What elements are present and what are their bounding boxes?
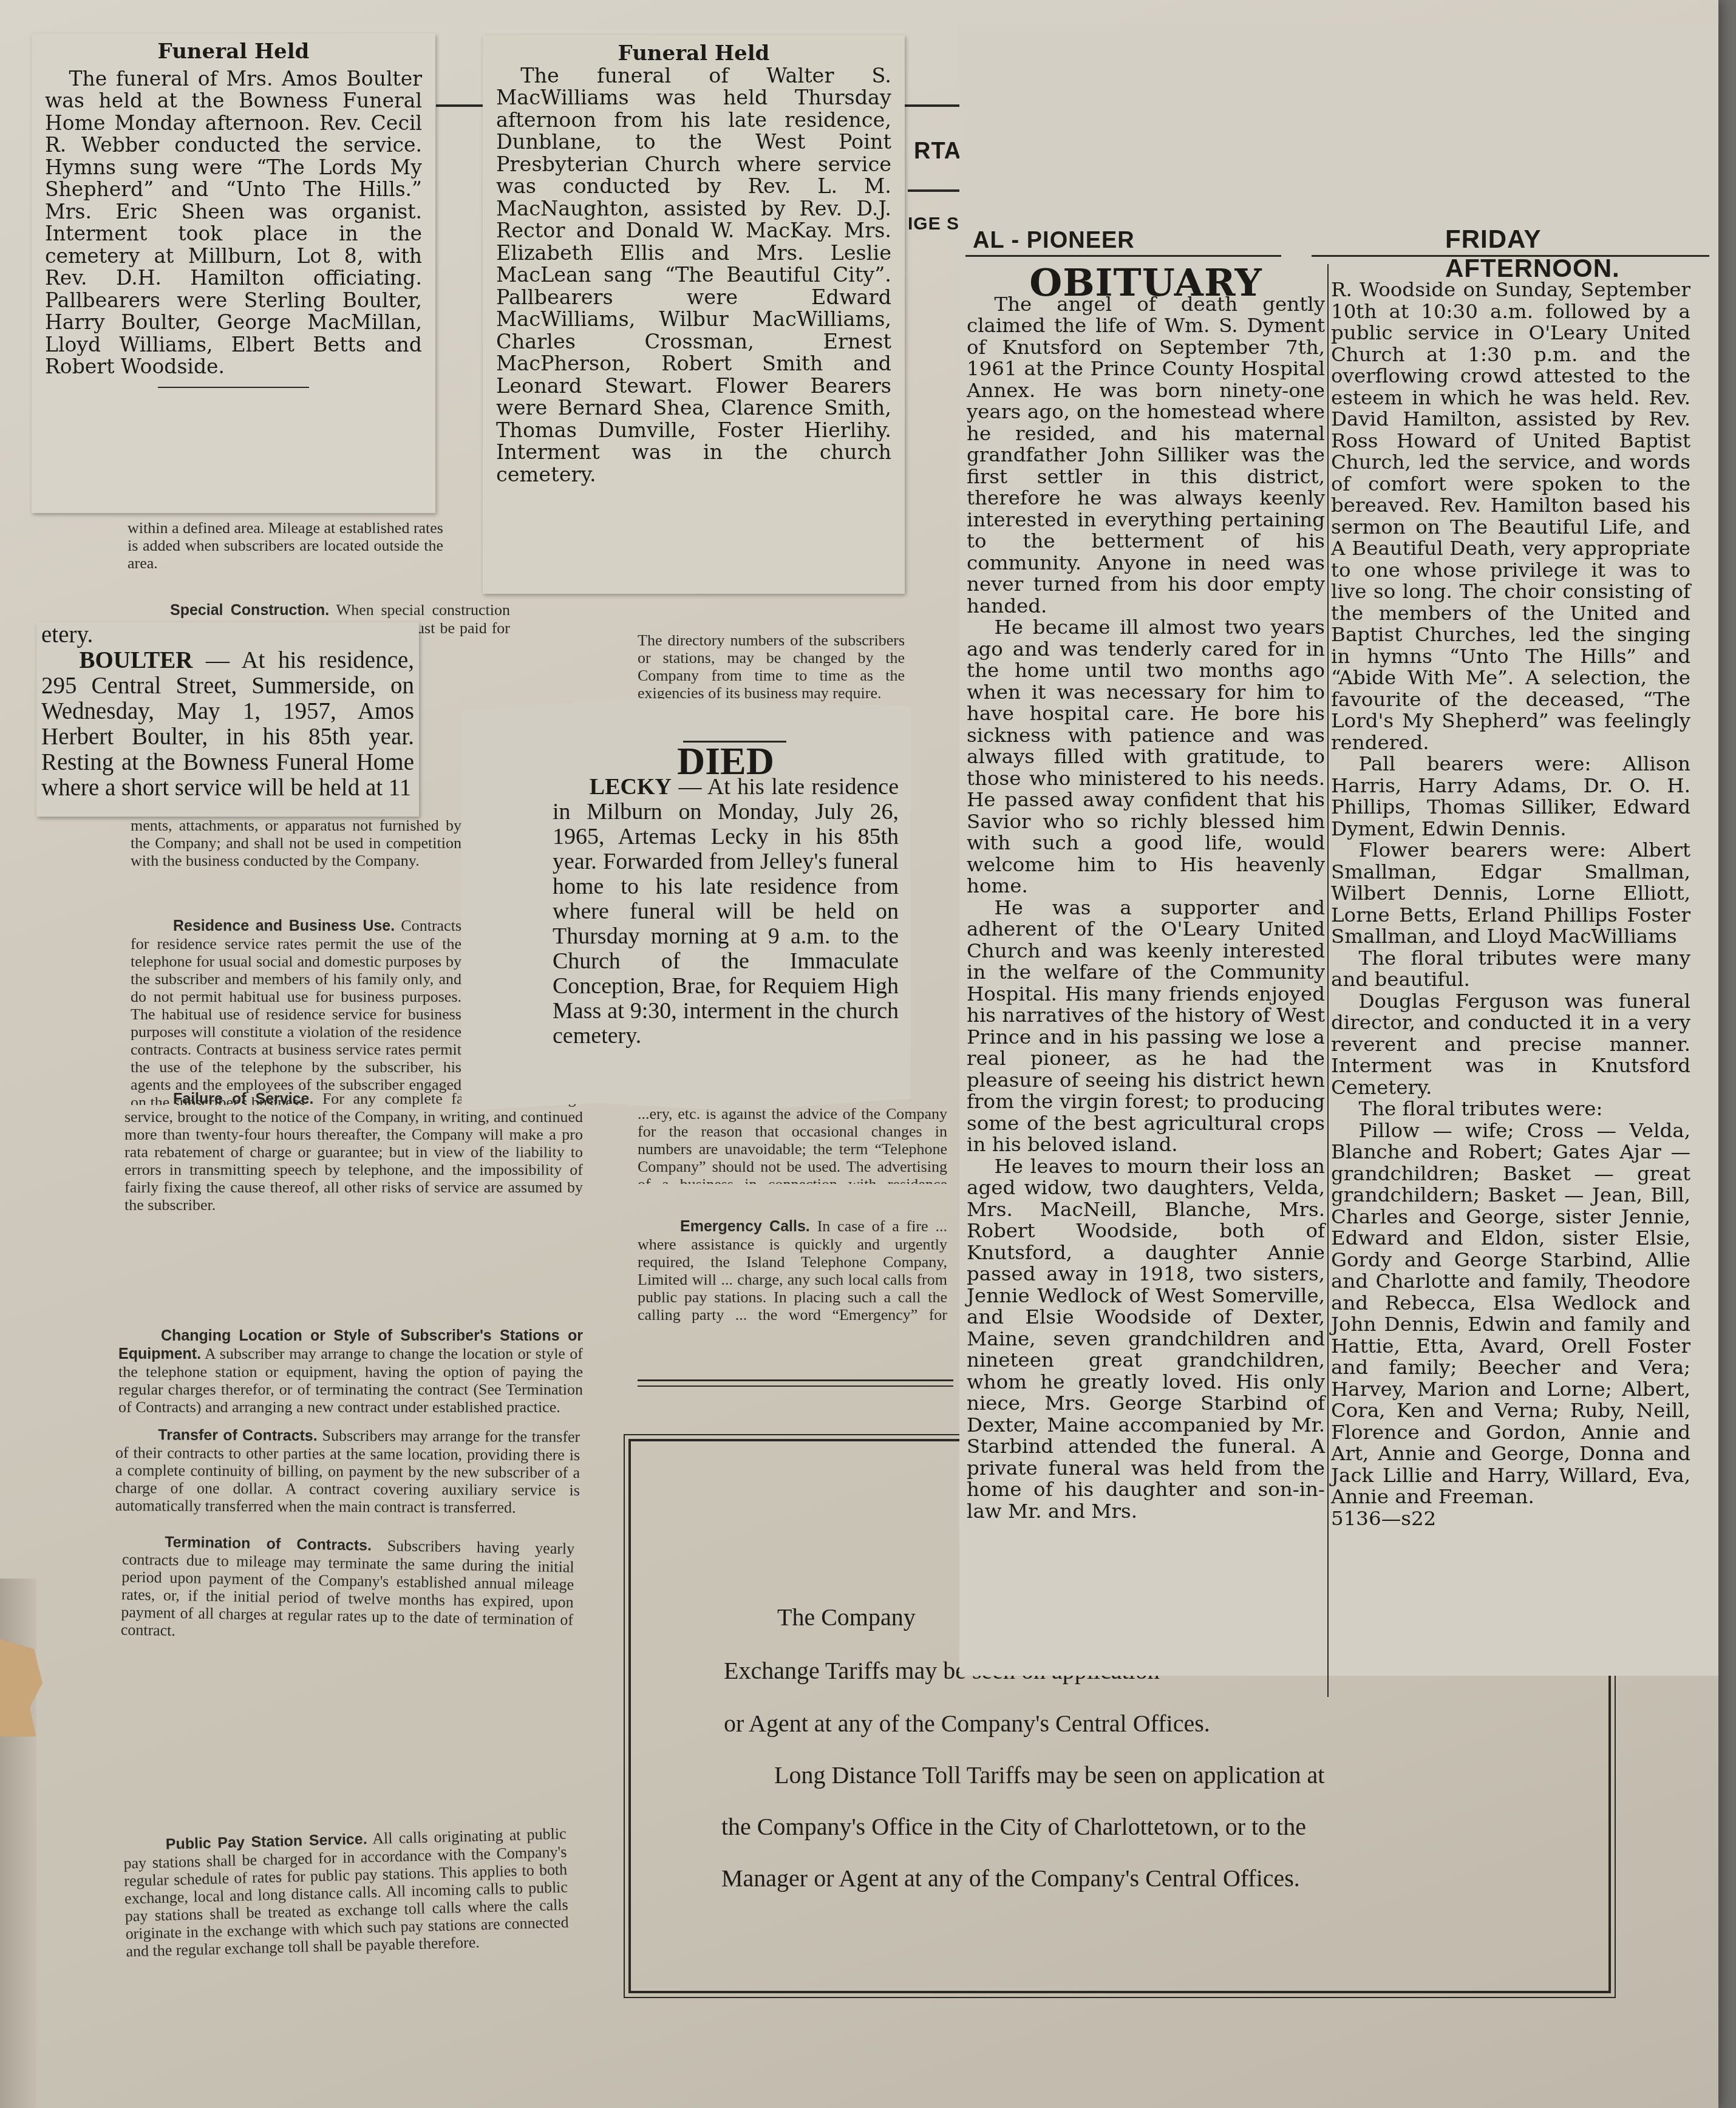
section-title: Residence and Business Use. <box>173 917 395 934</box>
obituary-paragraph: He became ill almost two years ago and w… <box>967 617 1325 897</box>
section-title: Failure of Service. <box>173 1090 313 1107</box>
divider-rule <box>638 1379 953 1381</box>
deceased-name: LECKY <box>590 774 672 800</box>
mileage-fragment: within a defined area. Mileage at establ… <box>128 519 443 572</box>
obituary-column-right: R. Woodside on Sunday, September 10th at… <box>1331 279 1690 1529</box>
obituary-paragraph: Flower bearers were: Albert Smallman, Ed… <box>1331 840 1690 948</box>
deceased-name: BOULTER <box>79 647 192 673</box>
clipping-heading: Funeral Held <box>496 42 891 65</box>
tariff-section-termination: Termination of Contracts. Subscribers ha… <box>121 1532 575 1647</box>
notice-line-4: Long Distance Toll Tariffs may be seen o… <box>774 1761 1324 1789</box>
clipping-heading: Funeral Held <box>45 41 422 63</box>
section-title: Emergency Calls. <box>680 1218 810 1235</box>
clipping-body: The funeral of Walter S. MacWilliams was… <box>496 65 891 486</box>
masthead-rule <box>1312 255 1709 257</box>
section-title: Special Construction. <box>170 602 329 619</box>
clipping-heading: DIED <box>553 749 899 773</box>
section-text: For any complete failure of exchange ser… <box>124 1090 583 1214</box>
clipping-lead: etery. <box>41 622 414 648</box>
section-title: Transfer of Contracts. <box>158 1426 318 1444</box>
tariff-section-public-pay: Public Pay Station Service. All calls or… <box>123 1824 569 1960</box>
obituary-paragraph: Pall bearers were: Allison Harris, Harry… <box>1331 753 1690 840</box>
newspaper-name: AL - PIONEER <box>973 228 1135 254</box>
obituary-paragraph: He leaves to mourn their loss an aged wi… <box>967 1156 1325 1523</box>
clipping-lecky-died: DIED LECKY — At his late residence in Mi… <box>461 698 911 1111</box>
clipping-dyment-obituary: AL - PIONEER FRIDAY AFTERNOON. OBITUARY … <box>959 24 1718 1676</box>
clipping-boulter-funeral: Funeral Held The funeral of Mrs. Amos Bo… <box>32 33 435 513</box>
obituary-reference-number: 5136—s22 <box>1331 1508 1690 1530</box>
section-title: Termination of Contracts. <box>165 1534 372 1554</box>
obituary-paragraph: He was a supporter and adherent of the O… <box>967 897 1325 1156</box>
divider-rule <box>638 1385 953 1387</box>
notice-line-1: The Company <box>777 1603 916 1631</box>
listing-fragment: ...ery, etc. is against the advice of th… <box>638 1105 947 1184</box>
directory-fragment: The directory numbers of the subscribers… <box>638 631 905 702</box>
obituary-heading: OBITUARY <box>967 272 1325 294</box>
obituary-paragraph: Douglas Ferguson was funeral director, a… <box>1331 991 1690 1099</box>
obituary-column-left: OBITUARY The angel of death gently claim… <box>967 267 1325 1522</box>
obituary-paragraph: R. Woodside on Sunday, September 10th at… <box>1331 279 1690 753</box>
tariff-section-failure: Failure of Service. For any complete fai… <box>124 1090 583 1214</box>
notice-line-5: the Company's Office in the City of Char… <box>721 1812 1306 1841</box>
obituary-paragraph: The floral tributes were many and beauti… <box>1331 948 1690 991</box>
notice-line-6: Manager or Agent at any of the Company's… <box>721 1864 1300 1892</box>
tariff-section-residence: Residence and Business Use. Contracts fo… <box>131 917 461 1105</box>
notice-line-3: or Agent at any of the Company's Central… <box>724 1709 1210 1738</box>
column-divider <box>1327 264 1329 1697</box>
clipping-body: — At his late residence in Milburn on Mo… <box>553 774 899 1049</box>
issue-day: FRIDAY AFTERNOON. <box>1445 225 1718 283</box>
emergency-calls-section: Emergency Calls. In case of a fire ... w… <box>638 1217 947 1324</box>
tariff-section-transfer: Transfer of Contracts. Subscribers may a… <box>115 1426 580 1517</box>
clipping-rule <box>158 387 308 388</box>
clipping-body: The funeral of Mrs. Amos Boulter was hel… <box>45 68 422 378</box>
obituary-paragraph: The floral tributes were: <box>1331 1098 1690 1120</box>
tariff-section-changing-location: Changing Location or Style of Subscriber… <box>118 1327 583 1416</box>
obituary-paragraph: Pillow — wife; Cross — Velda, Blanche an… <box>1331 1120 1690 1508</box>
scrapbook-page: RTAI IGE SE within a defined area. Milea… <box>0 0 1718 2108</box>
section-text: Contracts for residence service rates pe… <box>131 917 461 1105</box>
clipping-macwilliams-funeral: Funeral Held The funeral of Walter S. Ma… <box>483 35 905 594</box>
obituary-paragraph: The angel of death gently claimed the li… <box>967 294 1325 617</box>
masthead-rule <box>965 255 1281 257</box>
clipping-boulter-death-notice: etery. BOULTER — At his residence, 295 C… <box>36 622 419 817</box>
equipment-fragment: ments, attachments, or apparatus not fur… <box>131 817 461 869</box>
